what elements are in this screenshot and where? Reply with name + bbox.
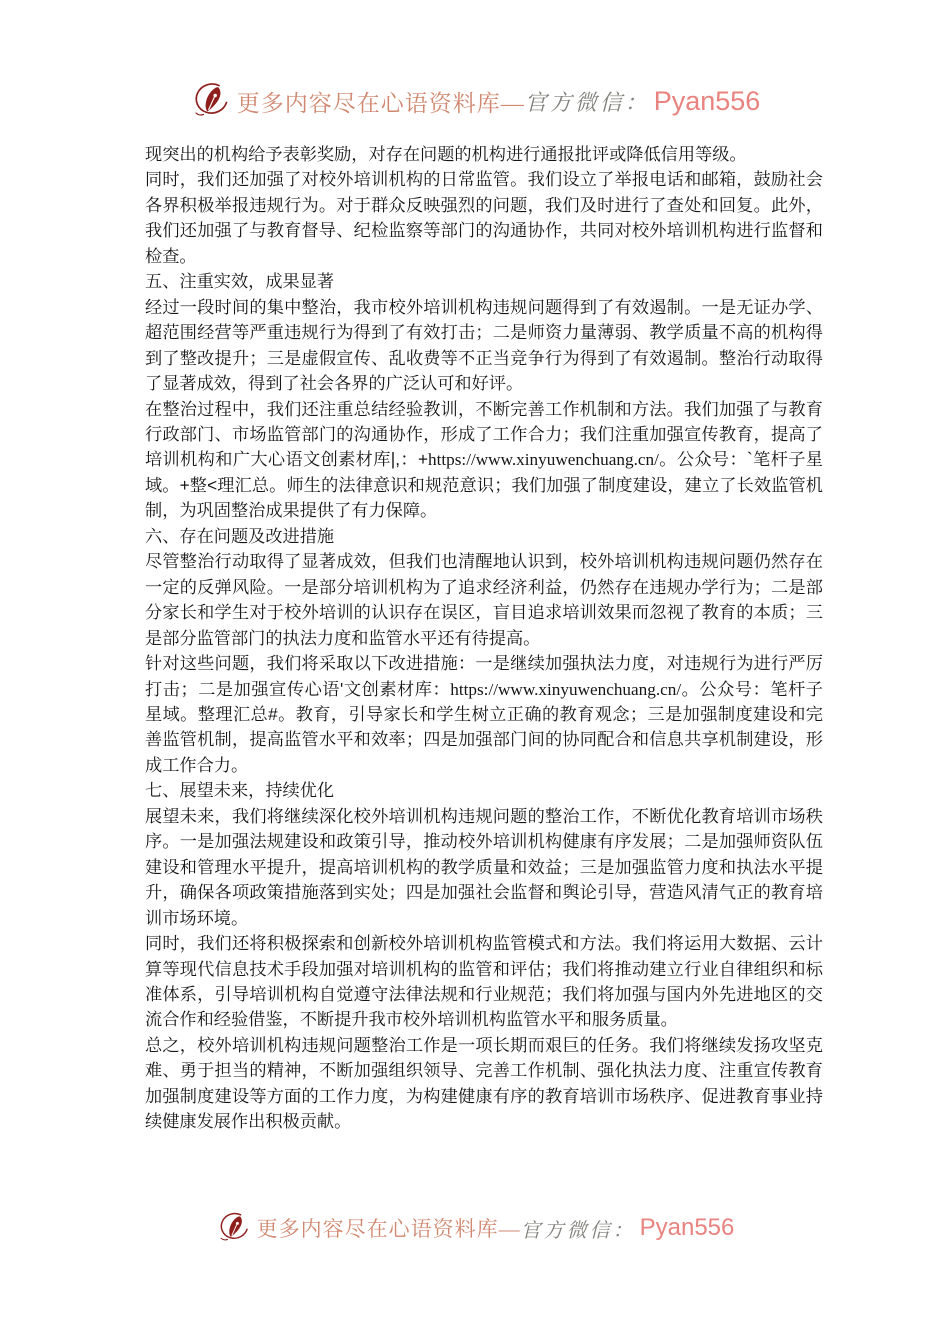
document-body: 现突出的机构给予表彰奖励，对存在问题的机构进行通报批评或降低信用等级。同时，我们… xyxy=(145,142,823,1135)
brand-text: 更多内容尽在心语资料库— xyxy=(257,1213,521,1243)
paragraph: 现突出的机构给予表彰奖励，对存在问题的机构进行通报批评或降低信用等级。 xyxy=(145,142,823,167)
document-page: 更多内容尽在心语资料库— 官方微信： Pyan556 现突出的机构给予表彰奖励，… xyxy=(0,0,950,1344)
wechat-id: Pyan556 xyxy=(640,1214,735,1242)
url-text: https://www.xinyuwenchuang.cn/ xyxy=(450,680,681,699)
wechat-label: 官方微信： xyxy=(525,86,650,117)
footer-watermark: 更多内容尽在心语资料库— 官方微信： Pyan556 xyxy=(0,1210,950,1246)
paragraph: 展望未来，我们将继续深化校外培训机构违规问题的整治工作，不断优化教育培训市场秩序… xyxy=(145,804,823,931)
text-run: 经过一段时间的集中整治，我市校外培训机构违规问题得到了有效遏制。一是无证办学、超… xyxy=(145,297,823,393)
paragraph: 同时，我们还加强了对校外培训机构的日常监管。我们设立了举报电话和邮箱，鼓励社会各… xyxy=(145,167,823,269)
section-heading: 五、注重实效，成果显著 xyxy=(145,269,823,294)
paragraph: 在整治过程中，我们还注重总结经验教训，不断完善工作机制和方法。我们加强了与教育行… xyxy=(145,397,823,524)
text-run: 七、展望未来，持续优化 xyxy=(145,780,334,800)
text-run: 展望未来，我们将继续深化校外培训机构违规问题的整治工作，不断优化教育培训市场秩序… xyxy=(145,806,823,928)
text-run: 六、存在问题及改进措施 xyxy=(145,526,334,546)
text-run: 同时，我们还加强了对校外培训机构的日常监管。我们设立了举报电话和邮箱，鼓励社会各… xyxy=(145,169,823,265)
paragraph: 经过一段时间的集中整治，我市校外培训机构违规问题得到了有效遏制。一是无证办学、超… xyxy=(145,295,823,397)
text-run: 同时，我们还将积极探索和创新校外培训机构监管模式和方法。我们将运用大数据、云计算… xyxy=(145,933,823,1029)
text-run: 五、注重实效，成果显著 xyxy=(145,271,334,291)
wechat-id: Pyan556 xyxy=(654,86,761,117)
text-run: 现突出的机构给予表彰奖励，对存在问题的机构进行通报批评或降低信用等级。 xyxy=(145,144,747,164)
paragraph: 同时，我们还将积极探索和创新校外培训机构监管模式和方法。我们将运用大数据、云计算… xyxy=(145,931,823,1033)
paragraph: 针对这些问题，我们将采取以下改进措施：一是继续加强执法力度，对违规行为进行严厉打… xyxy=(145,651,823,778)
paragraph: 总之，校外培训机构违规问题整治工作是一项长期而艰巨的任务。我们将继续发扬攻坚克难… xyxy=(145,1033,823,1135)
header-watermark: 更多内容尽在心语资料库— 官方微信： Pyan556 xyxy=(0,80,950,122)
text-run: 尽管整治行动取得了显著成效，但我们也清醒地认识到，校外培训机构违规问题仍然存在一… xyxy=(145,551,823,647)
section-heading: 六、存在问题及改进措施 xyxy=(145,524,823,549)
pen-nib-logo-icon xyxy=(216,1210,250,1246)
url-text: https://www.xinyuwenchuang.cn/ xyxy=(428,450,659,469)
brand-text: 更多内容尽在心语资料库— xyxy=(237,85,525,118)
text-run: 总之，校外培训机构违规问题整治工作是一项长期而艰巨的任务。我们将继续发扬攻坚克难… xyxy=(145,1035,823,1131)
paragraph: 尽管整治行动取得了显著成效，但我们也清醒地认识到，校外培训机构违规问题仍然存在一… xyxy=(145,549,823,651)
pen-nib-logo-icon xyxy=(190,80,230,122)
wechat-label: 官方微信： xyxy=(521,1214,636,1243)
section-heading: 七、展望未来，持续优化 xyxy=(145,778,823,803)
